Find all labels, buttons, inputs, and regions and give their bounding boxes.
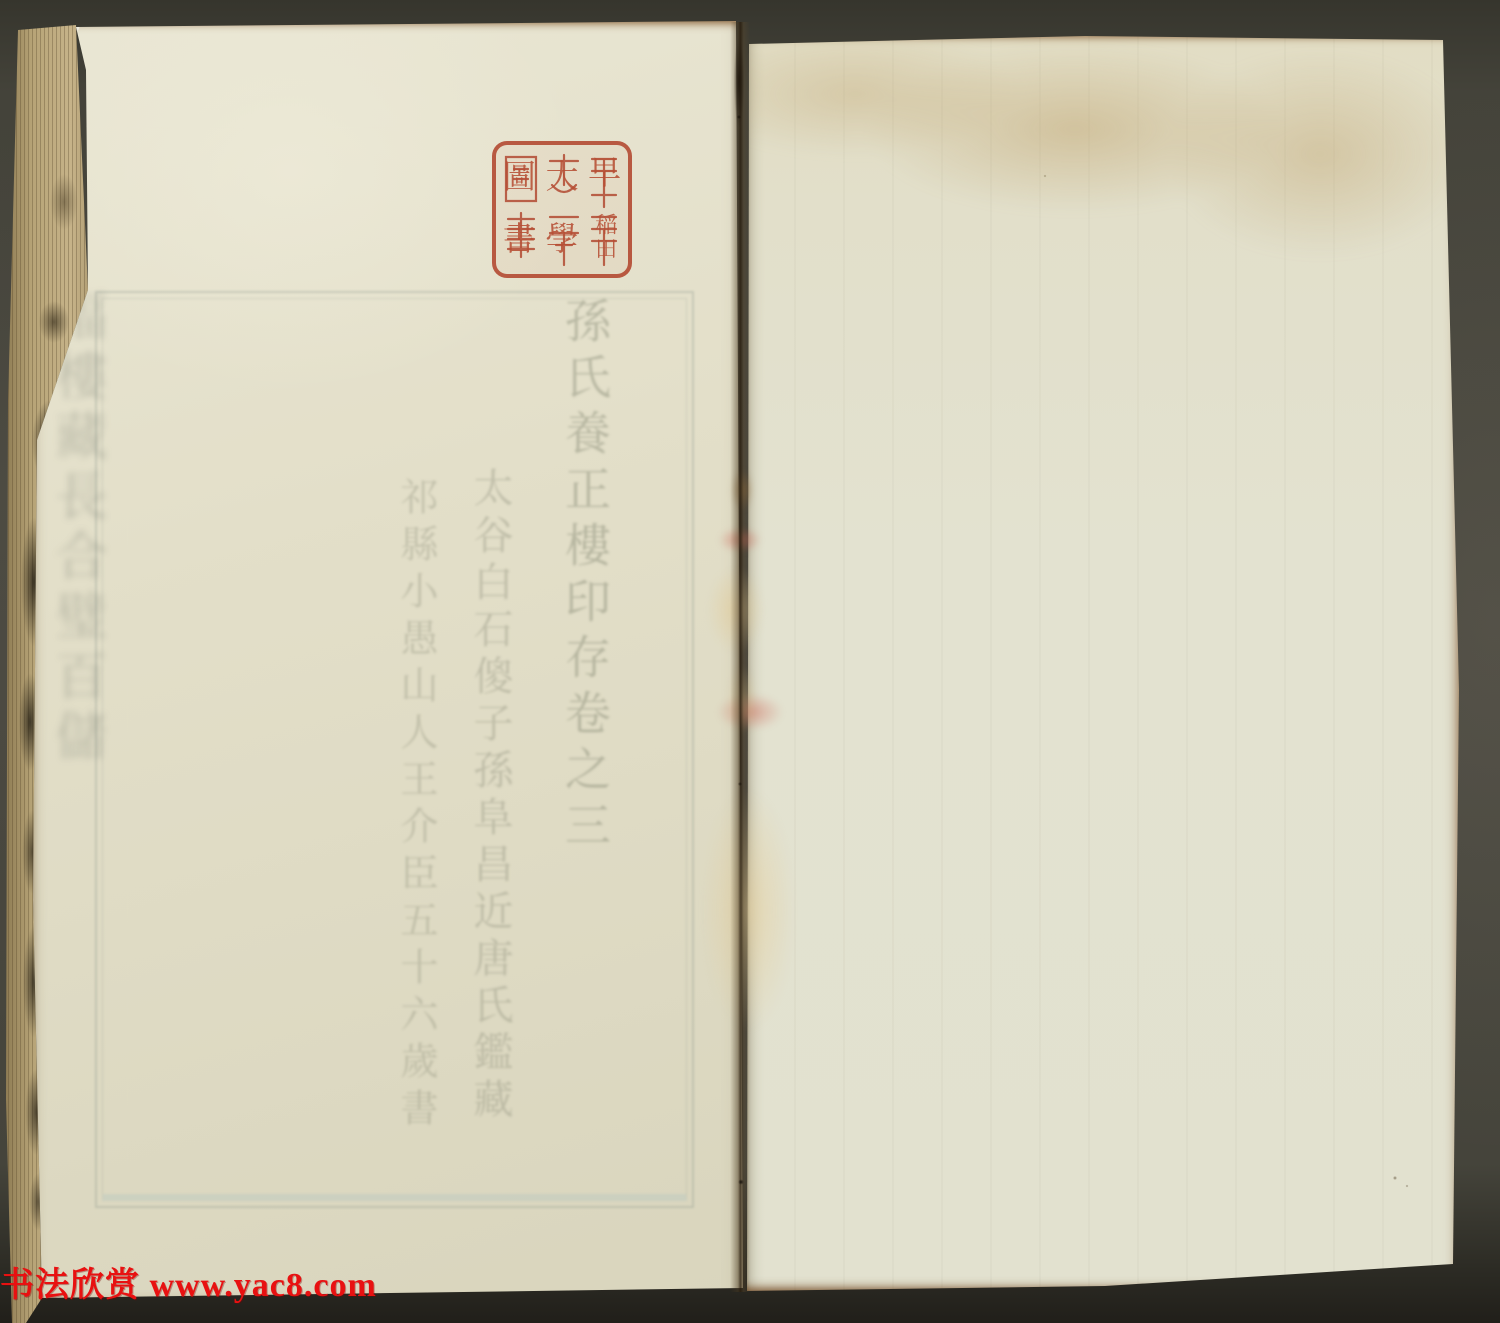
seal-character: 早	[588, 158, 621, 191]
seal-character: 圖	[503, 162, 536, 195]
book-gutter-shadow	[730, 22, 750, 1292]
seal-character: 學	[546, 224, 579, 257]
seal-character: 大	[546, 162, 579, 195]
showthrough-colophon-text-1: 太谷白石傻子孫阜昌近唐氏鑑藏	[462, 467, 519, 1125]
seal-character: 稲田	[594, 213, 616, 261]
site-watermark-text: 书法欣赏 www.yac8.com	[0, 1257, 377, 1306]
seal-column-middle: 大 學	[541, 147, 584, 272]
seal-column-right: 早 稲田	[583, 147, 626, 272]
photo-open-antique-book: 孫氏養正樓印存卷之三 太谷白石傻子孫阜昌近唐氏鑑藏 祁縣小愚山人王介臣五十六歲書…	[0, 0, 1500, 1323]
showthrough-colophon-text-2: 祁縣小愚山人王介臣五十六歲書	[388, 477, 443, 1135]
seal-grid: 圖 書 大 學 早 稲田	[498, 147, 626, 272]
library-seal-stamp: 圖 書 大 學 早 稲田	[492, 141, 632, 278]
right-page-blank	[745, 34, 1461, 1292]
seal-column-left: 圖 書	[498, 147, 541, 272]
showthrough-title-text: 孫氏養正樓印存卷之三	[551, 297, 617, 857]
seal-character: 書	[503, 224, 536, 257]
left-page: 孫氏養正樓印存卷之三 太谷白石傻子孫阜昌近唐氏鑑藏 祁縣小愚山人王介臣五十六歲書…	[30, 20, 745, 1310]
right-page-ink-specks	[745, 34, 1461, 1292]
